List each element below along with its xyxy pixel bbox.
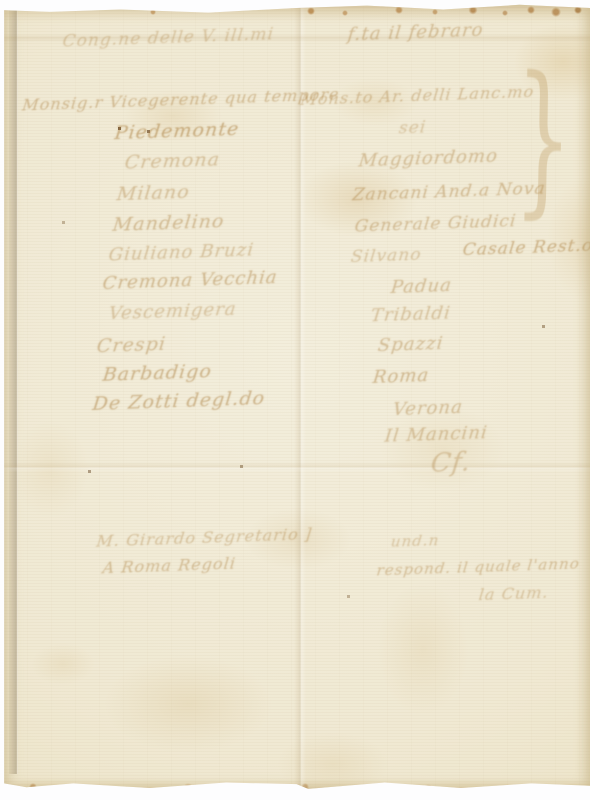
scanned-document: Cong.ne delle V. ill.mi f.ta il febraro … — [0, 0, 590, 800]
right-column-item: Padua — [390, 275, 453, 298]
right-column-item: Spazzi — [377, 333, 445, 356]
left-column-heading: Monsig.r Vicegerente qua tempore — [21, 84, 340, 114]
footer-note: la Cum. — [478, 583, 550, 604]
left-column-item: Giuliano Bruzi — [108, 239, 256, 265]
top-edge-foxing — [3, 4, 590, 22]
right-column-item: Casale Rest.o — [462, 236, 590, 261]
right-column-item: Generale Giudici — [354, 211, 518, 237]
column-brace: } — [513, 54, 574, 223]
left-column-item: Crespi — [96, 333, 167, 357]
header-right-line: f.ta il febraro — [347, 20, 485, 46]
right-column-item: Maggiordomo — [358, 146, 499, 172]
right-column-item: Cf. — [429, 447, 472, 478]
center-fold-crease — [294, 4, 306, 792]
right-column-item: Verona — [392, 397, 464, 420]
edge-vignette — [3, 4, 590, 792]
left-column-item: De Zotti degl.do — [91, 387, 266, 415]
top-fold-crease — [3, 34, 590, 42]
left-fold-crease — [9, 6, 18, 774]
footer-note: und.n — [390, 531, 440, 551]
laid-paper-texture — [3, 4, 590, 792]
bottom-edge-foxing — [3, 778, 590, 792]
right-column-item: Zancani And.a Nova — [352, 179, 547, 206]
right-column-item: Roma — [372, 365, 431, 388]
left-column-item: Cremona — [124, 148, 222, 173]
handwriting-layer: Cong.ne delle V. ill.mi f.ta il febraro … — [3, 4, 590, 792]
right-column-item: Silvano — [350, 245, 423, 267]
manuscript-page: Cong.ne delle V. ill.mi f.ta il febraro … — [3, 4, 590, 792]
right-column-heading: Mons.to Ar. delli Lanc.mo — [299, 82, 535, 109]
age-stain-layer — [3, 4, 590, 792]
left-column-item: Barbadigo — [102, 360, 214, 386]
left-column-item: Piedemonte — [114, 118, 241, 144]
right-column-item: sei — [398, 118, 427, 139]
footer-note: A Roma Regoli — [102, 554, 237, 578]
left-column-item: Vescemigera — [108, 299, 238, 324]
left-column-item: Cremona Vecchia — [102, 267, 279, 294]
right-column-item: Il Mancini — [384, 422, 489, 447]
right-column-item: Tribaldi — [370, 303, 452, 327]
left-column-item: Milano — [116, 181, 191, 206]
header-left-line: Cong.ne delle V. ill.mi — [61, 24, 275, 51]
horizontal-fold-crease — [3, 462, 590, 472]
left-column-item: Mandelino — [112, 210, 226, 236]
footer-note: respond. il quale l'anno — [376, 554, 581, 579]
footer-note: M. Girardo Segretario ] — [96, 524, 314, 550]
ink-specks — [3, 4, 4, 5]
